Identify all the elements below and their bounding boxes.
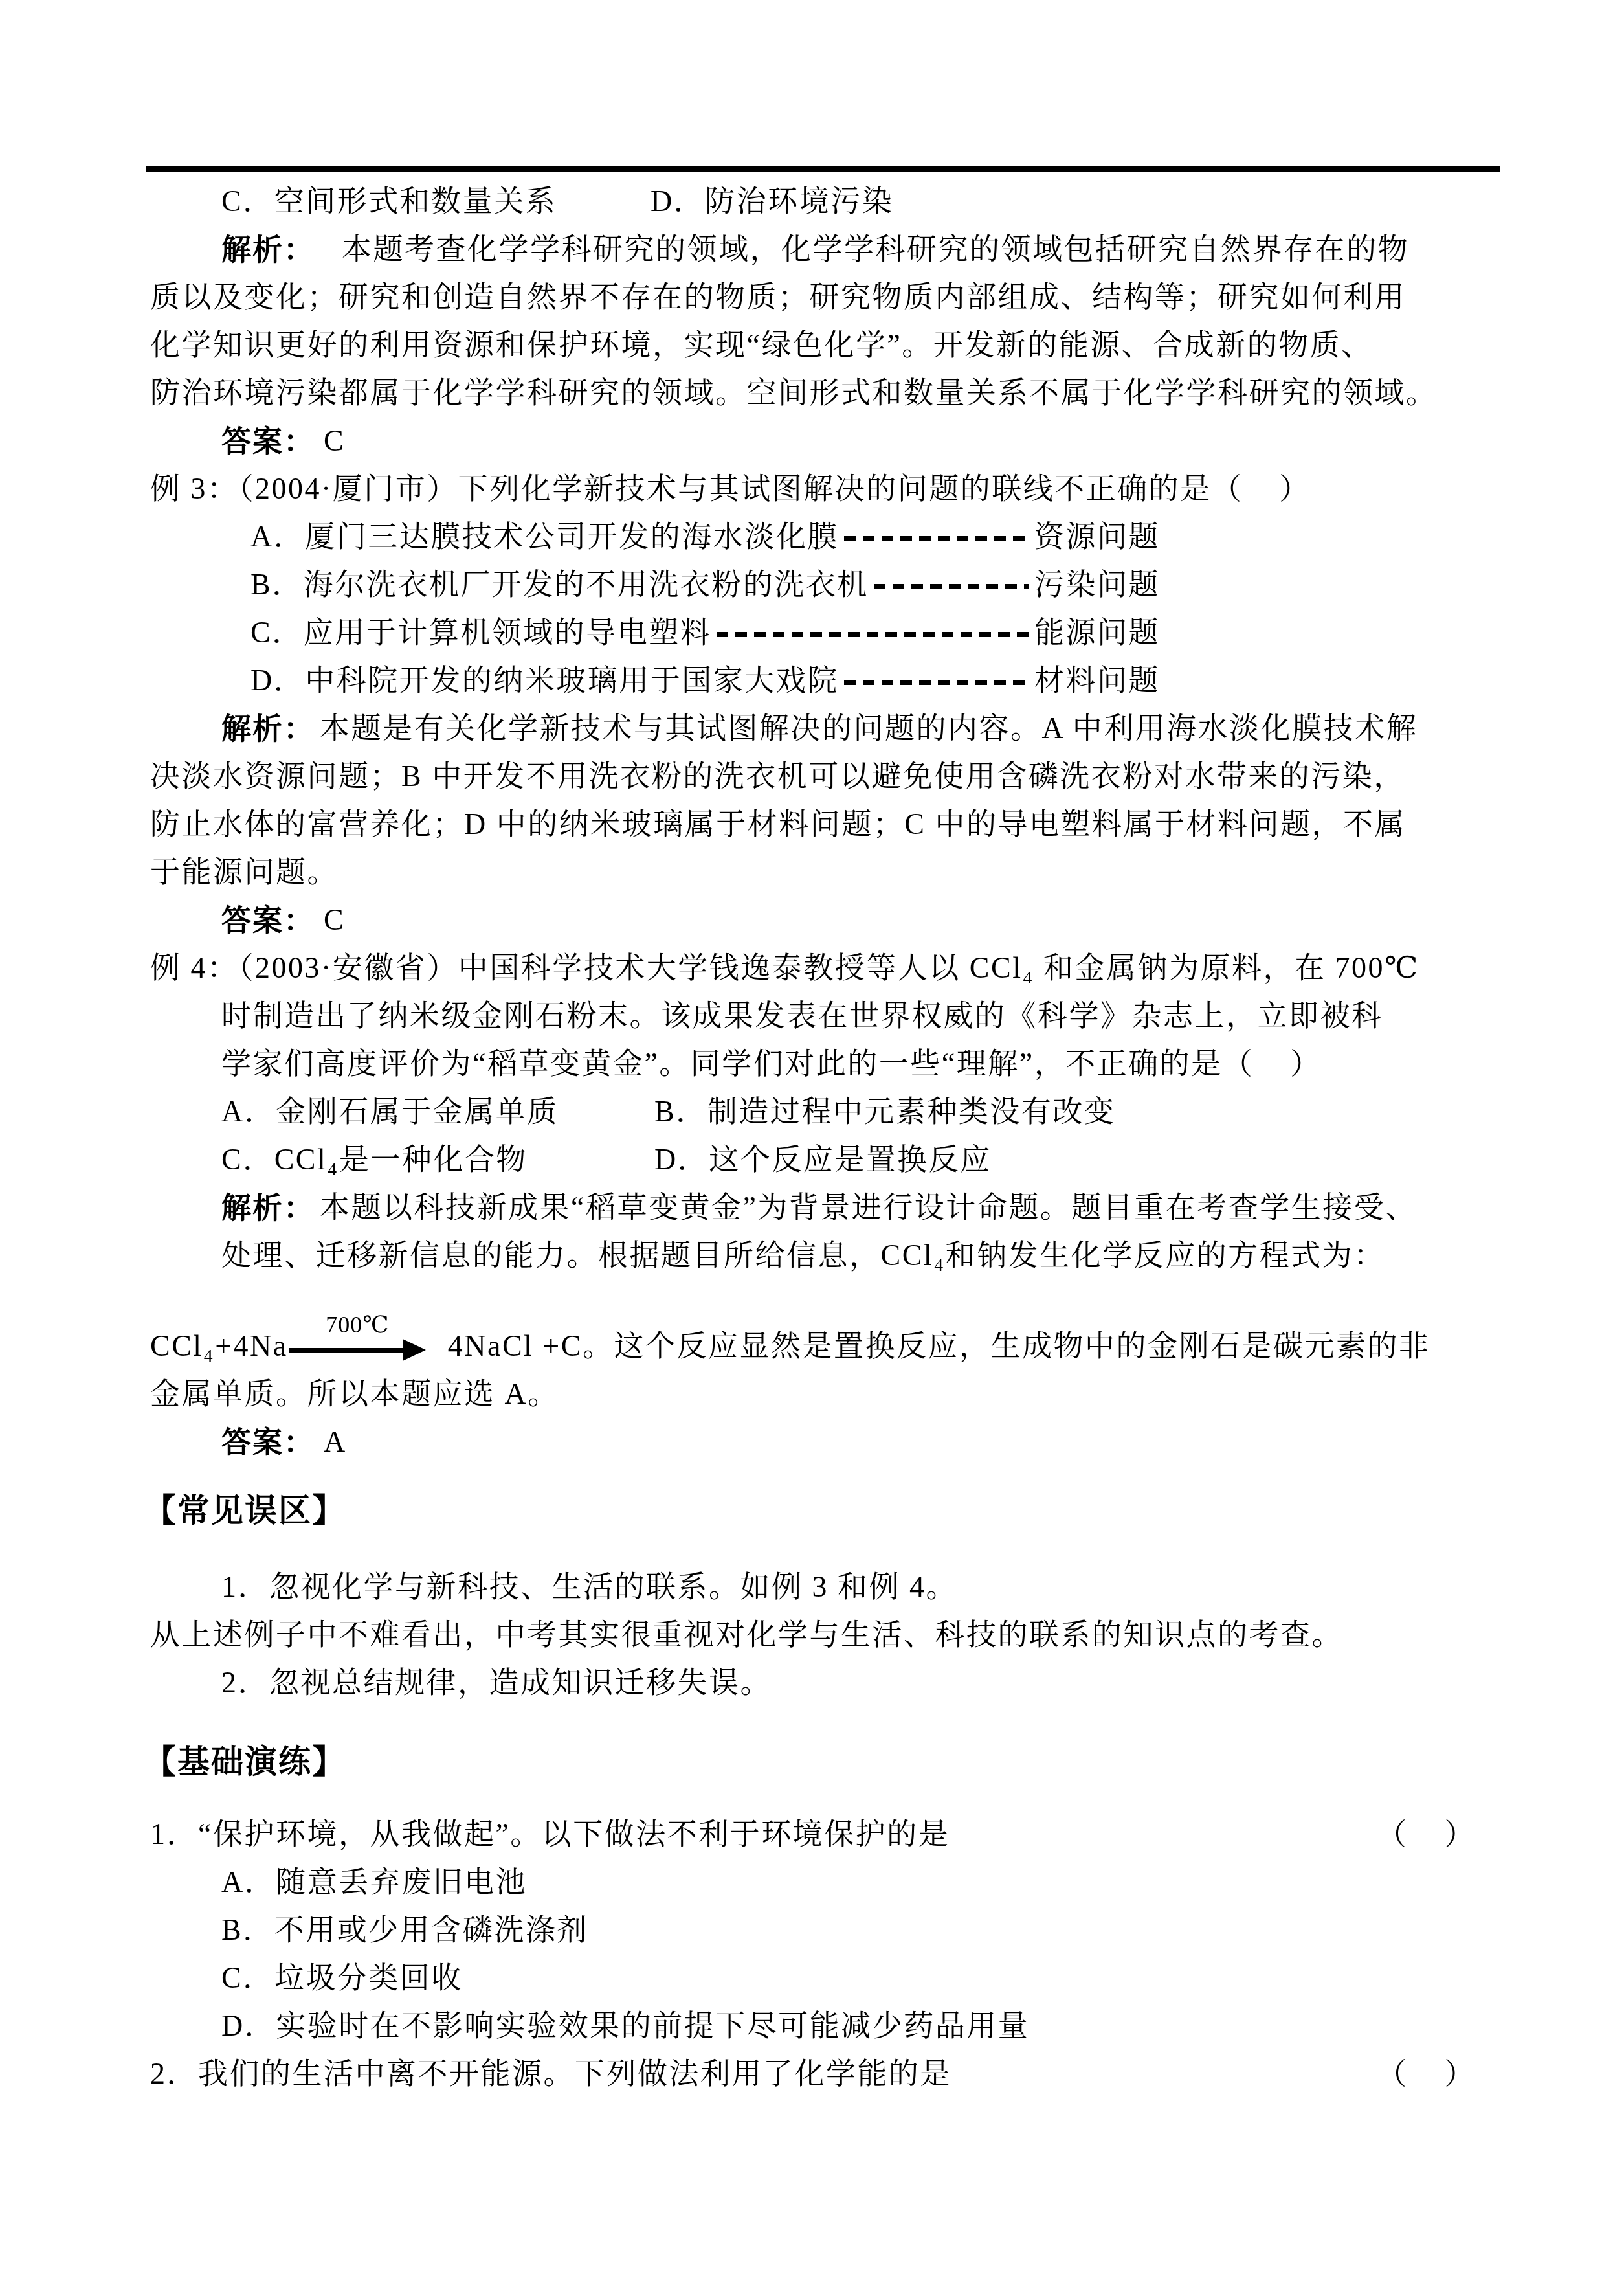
analysis-paragraph: 解析： 本题以科技新成果“稻草变黄金”为背景进行设计命题。题目重在考查学生接受、 bbox=[221, 1184, 1495, 1231]
problem-label: 材料问题 bbox=[1034, 657, 1160, 704]
example4-options-row: A．金刚石属于金属单质 B．制造过程中元素种类没有改变 bbox=[221, 1088, 1495, 1136]
example3-option-row: C．应用于计算机领域的导电塑料 能源问题 bbox=[250, 609, 1160, 657]
analysis-line: 金属单质。所以本题应选 A。 bbox=[150, 1370, 1495, 1418]
document-page: C．空间形式和数量关系 D．防治环境污染 解析： 本题考查化学学科研究的领域，化… bbox=[0, 0, 1624, 2292]
dashed-connector bbox=[874, 584, 1029, 589]
analysis-line: 于能源问题。 bbox=[150, 848, 1495, 896]
chemical-equation: CCl₄+4Na 700℃ 4NaCl +C。这个反应显然是置换反应，生成物中的… bbox=[150, 1279, 1495, 1370]
analysis-line: 本题以科技新成果“稻草变黄金”为背景进行设计命题。题目重在考查学生接受、 bbox=[320, 1184, 1417, 1231]
analysis-line: 本题是有关化学新技术与其试图解决的问题的内容。A 中利用海水淡化膜技术解 bbox=[320, 704, 1418, 752]
option-text: A．厦门三达膜技术公司开发的海水淡化膜 bbox=[250, 513, 839, 561]
answer-bracket: （ ） bbox=[1377, 1810, 1476, 1858]
answer-row: 答案： A bbox=[221, 1418, 1495, 1466]
drill-option: B．不用或少用含磷洗涤剂 bbox=[221, 1906, 1495, 1954]
document-body: C．空间形式和数量关系 D．防治环境污染 解析： 本题考查化学学科研究的领域，化… bbox=[150, 177, 1495, 2098]
drill-option: D．实验时在不影响实验效果的前提下尽可能减少药品用量 bbox=[221, 2002, 1495, 2050]
analysis-line: 处理、迁移新信息的能力。根据题目所给信息，CCl₄和钠发生化学反应的方程式为： bbox=[221, 1231, 1495, 1279]
section-heading-pitfalls: 【常见误区】 bbox=[144, 1481, 1495, 1540]
option-text: D．中科院开发的纳米玻璃用于国家大戏院 bbox=[250, 657, 839, 704]
right-arrow-icon bbox=[289, 1339, 426, 1361]
example3-option-row: A．厦门三达膜技术公司开发的海水淡化膜 资源问题 bbox=[250, 513, 1160, 561]
analysis-line: 本题考查化学学科研究的领域，化学学科研究的领域包括研究自然界存在的物 bbox=[342, 225, 1409, 273]
analysis-label: 解析： bbox=[221, 225, 315, 273]
analysis-line: 化学知识更好的利用资源和保护环境，实现“绿色化学”。开发新的能源、合成新的物质、 bbox=[150, 321, 1495, 369]
option-c: C．CCl₄是一种化合物 bbox=[221, 1136, 654, 1184]
answer-label: 答案： bbox=[221, 896, 315, 944]
example3-option-row: B．海尔洗衣机厂开发的不用洗衣粉的洗衣机 污染问题 bbox=[250, 561, 1160, 609]
option-c: C．空间形式和数量关系 bbox=[221, 177, 651, 225]
answer-bracket: （ ） bbox=[1377, 2050, 1476, 2098]
analysis-line: 防治环境污染都属于化学学科研究的领域。空间形式和数量关系不属于化学学科研究的领域… bbox=[150, 369, 1495, 417]
drill-question-2: 2．我们的生活中离不开能源。下列做法利用了化学能的是 （ ） bbox=[150, 2050, 1476, 2098]
header-rule bbox=[146, 166, 1500, 172]
option-text: C．应用于计算机领域的导电塑料 bbox=[250, 609, 711, 657]
section-heading-drill: 【基础演练】 bbox=[144, 1733, 1495, 1791]
answer-label: 答案： bbox=[221, 417, 315, 465]
drill-option: C．垃圾分类回收 bbox=[221, 1954, 1495, 2002]
answer-row: 答案： C bbox=[221, 417, 1495, 465]
analysis-label: 解析： bbox=[221, 1184, 315, 1231]
drill-option: A．随意丢弃废旧电池 bbox=[221, 1858, 1495, 1906]
question-text: 2．我们的生活中离不开能源。下列做法利用了化学能的是 bbox=[150, 2050, 951, 2098]
pitfall-item: 1．忽视化学与新科技、生活的联系。如例 3 和例 4。 bbox=[221, 1563, 1495, 1611]
problem-label: 能源问题 bbox=[1034, 609, 1160, 657]
example4-title-line: 学家们高度评价为“稻草变黄金”。同学们对此的一些“理解”，不正确的是（ ） bbox=[221, 1040, 1495, 1088]
answer-row: 答案： C bbox=[221, 896, 1495, 944]
example4-title-line: 时制造出了纳米级金刚石粉末。该成果发表在世界权威的《科学》杂志上，立即被科 bbox=[221, 992, 1495, 1040]
example4-options-row: C．CCl₄是一种化合物 D．这个反应是置换反应 bbox=[221, 1136, 1495, 1184]
problem-label: 资源问题 bbox=[1034, 513, 1160, 561]
option-text: B．海尔洗衣机厂开发的不用洗衣粉的洗衣机 bbox=[250, 561, 869, 609]
question-text: 1．“保护环境，从我做起”。以下做法不利于环境保护的是 bbox=[150, 1810, 950, 1858]
reaction-condition: 700℃ bbox=[326, 1310, 389, 1339]
dashed-connector bbox=[844, 536, 1029, 541]
option-b: B．制造过程中元素种类没有改变 bbox=[654, 1088, 1115, 1136]
option-d: D．防治环境污染 bbox=[651, 177, 893, 225]
equation-reactants: CCl₄+4Na bbox=[150, 1322, 288, 1370]
example3-title: 例 3：（2004·厦门市）下列化学新技术与其试图解决的问题的联线不正确的是（ … bbox=[150, 465, 1495, 513]
options-cd-row: C．空间形式和数量关系 D．防治环境污染 bbox=[221, 177, 1495, 225]
problem-label: 污染问题 bbox=[1034, 561, 1160, 609]
answer-label: 答案： bbox=[221, 1418, 315, 1466]
analysis-paragraph: 解析： 本题是有关化学新技术与其试图解决的问题的内容。A 中利用海水淡化膜技术解 bbox=[221, 704, 1495, 752]
analysis-line: 防止水体的富营养化；D 中的纳米玻璃属于材料问题；C 中的导电塑料属于材料问题，… bbox=[150, 800, 1495, 848]
answer-value: C bbox=[324, 896, 345, 944]
analysis-paragraph: 解析： 本题考查化学学科研究的领域，化学学科研究的领域包括研究自然界存在的物 bbox=[221, 225, 1495, 273]
dashed-connector bbox=[717, 632, 1029, 637]
dashed-connector bbox=[844, 680, 1029, 685]
option-d: D．这个反应是置换反应 bbox=[654, 1136, 992, 1184]
example4-title-line: 例 4：（2003·安徽省）中国科学技术大学钱逸泰教授等人以 CCl₄ 和金属钠… bbox=[150, 944, 1495, 992]
analysis-label: 解析： bbox=[221, 704, 315, 752]
analysis-line: 决淡水资源问题；B 中开发不用洗衣粉的洗衣机可以避免使用含磷洗衣粉对水带来的污染… bbox=[150, 752, 1495, 800]
reaction-arrow: 700℃ bbox=[289, 1310, 426, 1370]
example3-option-row: D．中科院开发的纳米玻璃用于国家大戏院 材料问题 bbox=[250, 657, 1160, 704]
pitfall-item: 2．忽视总结规律，造成知识迁移失误。 bbox=[221, 1659, 1495, 1707]
answer-value: A bbox=[324, 1418, 347, 1466]
drill-question-1: 1．“保护环境，从我做起”。以下做法不利于环境保护的是 （ ） bbox=[150, 1810, 1476, 1858]
analysis-line: 质以及变化；研究和创造自然界不存在的物质；研究物质内部组成、结构等；研究如何利用 bbox=[150, 273, 1495, 321]
equation-products: 4NaCl +C。这个反应显然是置换反应，生成物中的金刚石是碳元素的非 bbox=[448, 1322, 1430, 1370]
option-a: A．金刚石属于金属单质 bbox=[221, 1088, 654, 1136]
pitfall-note: 从上述例子中不难看出，中考其实很重视对化学与生活、科技的联系的知识点的考查。 bbox=[150, 1611, 1495, 1659]
answer-value: C bbox=[324, 417, 345, 465]
